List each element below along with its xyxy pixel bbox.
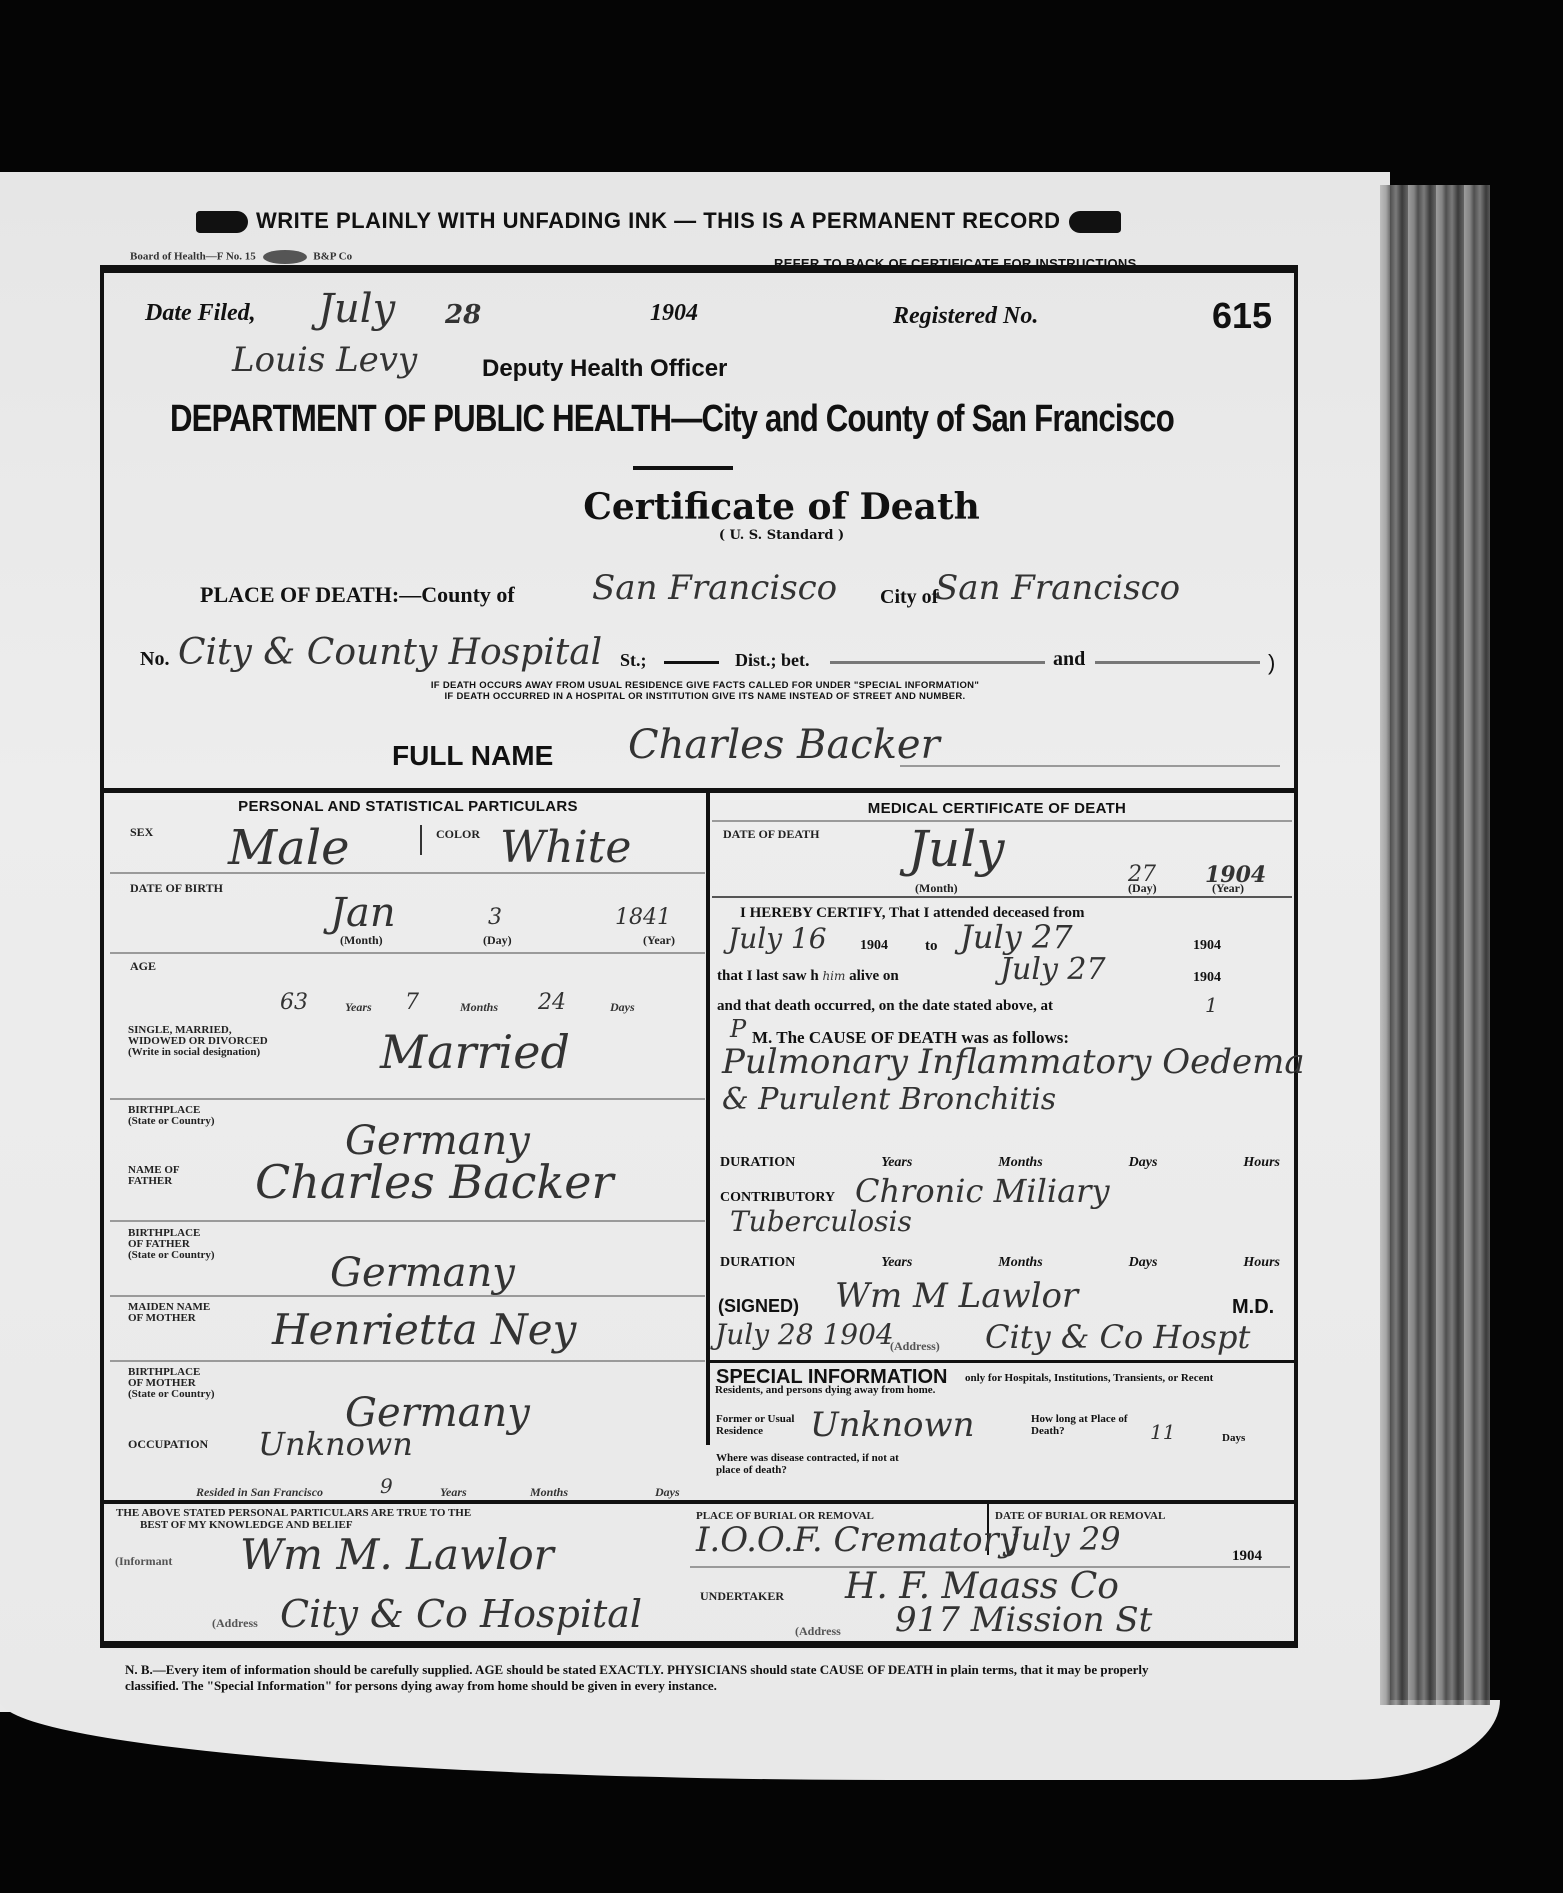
dob-day: 3 <box>488 905 502 930</box>
street-blank <box>664 661 719 664</box>
place-of-death-label: PLACE OF DEATH:—County of <box>200 582 515 608</box>
father-label: NAME OFFATHER <box>128 1165 180 1187</box>
paper-bottom-edge <box>0 1700 1500 1780</box>
age-days: 24 <box>538 990 566 1015</box>
years-caption: Years <box>345 1000 372 1015</box>
institution-value: City & County Hospital <box>178 632 602 673</box>
sex-value: Male <box>228 820 350 876</box>
marital-label: SINGLE, MARRIED,WIDOWED OR DIVORCED(Writ… <box>128 1025 268 1058</box>
date-filed-year: 1904 <box>650 300 698 327</box>
contributory-label: CONTRIBUTORY <box>720 1190 835 1206</box>
year-caption: (Year) <box>1212 882 1244 894</box>
undertaker-address: 917 Mission St <box>895 1600 1152 1640</box>
attestation-text: THE ABOVE STATED PERSONAL PARTICULARS AR… <box>116 1507 471 1531</box>
resided-years: 9 <box>380 1474 393 1498</box>
mother-label: MAIDEN NAMEOF MOTHER <box>128 1302 210 1324</box>
day-caption: (Day) <box>483 934 512 946</box>
sex-color-divider <box>420 825 422 855</box>
how-long-days-label: Days <box>1222 1432 1245 1444</box>
place-of-death-note: IF DEATH OCCURS AWAY FROM USUAL RESIDENC… <box>265 680 1145 702</box>
occupation-value: Unknown <box>258 1425 413 1463</box>
date-filed-label: Date Filed, <box>145 300 256 327</box>
cause-line-1: Pulmonary Inflammatory Oedema <box>722 1042 1305 1082</box>
attest-divider <box>100 1500 708 1504</box>
color-label: COLOR <box>436 828 480 840</box>
month-caption: (Month) <box>915 882 958 894</box>
meridian-value: P <box>730 1015 746 1043</box>
close-paren: ) <box>1268 650 1275 676</box>
last-saw-text: that I last saw h him alive on <box>717 968 899 985</box>
and-blank <box>1095 661 1260 664</box>
physician-signature: Wm M Lawlor <box>835 1276 1078 1316</box>
age-years: 63 <box>280 990 308 1015</box>
informant-address: City & Co Hospital <box>280 1592 642 1636</box>
row-rule <box>110 1360 705 1362</box>
attended-to-year: 1904 <box>1193 938 1221 954</box>
officer-signature: Louis Levy <box>232 340 417 380</box>
signed-date: July 28 1904 <box>715 1318 894 1351</box>
full-name-value: Charles Backer <box>628 722 940 768</box>
pointing-hand-icon <box>196 211 248 233</box>
resided-label: Resided in San Francisco <box>196 1485 323 1500</box>
month-caption: (Month) <box>340 934 383 946</box>
mother-value: Henrietta Ney <box>272 1305 576 1354</box>
former-residence-label: Former or Usual Residence <box>716 1413 806 1437</box>
medical-heading: MEDICAL CERTIFICATE OF DEATH <box>712 800 1282 817</box>
resided-years-caption: Years <box>440 1485 467 1500</box>
age-months: 7 <box>405 990 419 1015</box>
birthplace-label: BIRTHPLACE(State or Country) <box>128 1105 215 1127</box>
occupation-label: OCCUPATION <box>128 1438 208 1450</box>
undertaker-address-label: (Address <box>795 1625 841 1637</box>
attended-from-year: 1904 <box>860 938 888 954</box>
age-label: AGE <box>130 960 156 972</box>
form-code: Board of Health—F No. 15 B&P Co <box>130 250 352 264</box>
row-rule <box>110 1220 705 1222</box>
father-value: Charles Backer <box>255 1155 613 1209</box>
street-label: St.; <box>620 650 647 671</box>
undertaker-label: UNDERTAKER <box>700 1590 784 1602</box>
resided-days-caption: Days <box>655 1485 680 1500</box>
registered-number: 615 <box>1212 295 1272 337</box>
footnote: N. B.—Every item of information should b… <box>125 1662 1175 1694</box>
book-page-edges <box>1380 185 1490 1705</box>
row-rule <box>110 952 705 954</box>
printer-seal-icon <box>263 250 307 264</box>
father-birthplace-value: Germany <box>330 1250 515 1296</box>
full-name-blank <box>900 765 1280 767</box>
how-long-value: 11 <box>1150 1420 1175 1444</box>
burial-divider <box>690 1500 1298 1504</box>
dob-month: Jan <box>330 890 396 936</box>
registered-label: Registered No. <box>893 303 1038 330</box>
title-divider <box>633 466 733 470</box>
occurred-text: and that death occurred, on the date sta… <box>717 998 1053 1015</box>
burial-place-value: I.O.O.F. Crematory <box>696 1520 1018 1560</box>
district-label: Dist.; bet. <box>735 650 810 671</box>
days-caption: Days <box>610 1000 635 1015</box>
row-rule <box>110 872 705 874</box>
sex-label: SEX <box>130 826 153 838</box>
color-value: White <box>500 822 631 873</box>
certificate-title: Certificate of Death <box>0 486 1563 528</box>
and-label: and <box>1053 648 1085 671</box>
burial-year: 1904 <box>1232 1548 1262 1565</box>
district-blank <box>830 661 1045 664</box>
contributory-line-2: Tuberculosis <box>730 1205 912 1238</box>
county-value: San Francisco <box>592 568 837 608</box>
date-filed-day: 28 <box>445 300 481 330</box>
duration-row-1: DURATIONYearsMonthsDaysHours <box>720 1155 1280 1171</box>
cause-line-2: & Purulent Bronchitis <box>722 1082 1056 1117</box>
occurred-time: 1 <box>1205 993 1218 1017</box>
full-name-label: FULL NAME <box>392 740 553 772</box>
physician-address-label: (Address) <box>890 1340 940 1352</box>
us-standard-note: ( U. S. Standard ) <box>0 528 1563 543</box>
special-divider <box>708 1360 1298 1363</box>
informant-label: (Informant <box>115 1555 172 1567</box>
duration-row-2: DURATIONYearsMonthsDaysHours <box>720 1255 1280 1271</box>
special-subheading: only for Hospitals, Institutions, Transi… <box>715 1372 1245 1396</box>
burial-date-value: July 29 <box>1008 1520 1121 1558</box>
signed-label: (SIGNED) <box>718 1296 799 1317</box>
permanent-record-banner: WRITE PLAINLY WITH UNFADING INK — THIS I… <box>188 208 1129 234</box>
md-label: M.D. <box>1232 1296 1274 1319</box>
city-value: San Francisco <box>935 568 1180 608</box>
column-divider <box>706 790 710 1445</box>
day-caption: (Day) <box>1128 882 1157 894</box>
contracted-label: Where was disease contracted, if not at … <box>716 1452 906 1476</box>
last-saw-year: 1904 <box>1193 970 1221 986</box>
attended-to: July 27 <box>960 918 1073 956</box>
row-rule <box>712 896 1292 898</box>
year-caption: (Year) <box>643 934 675 946</box>
section-divider <box>100 788 1298 793</box>
how-long-label: How long at Place of Death? <box>1031 1413 1131 1437</box>
marital-value: Married <box>380 1025 570 1079</box>
dob-label: DATE OF BIRTH <box>130 882 223 894</box>
mother-birthplace-label: BIRTHPLACEOF MOTHER(State or Country) <box>128 1367 215 1400</box>
last-saw-date: July 27 <box>1000 952 1106 987</box>
dod-label: DATE OF DEATH <box>723 828 819 840</box>
physician-address: City & Co Hospt <box>985 1318 1250 1356</box>
row-rule <box>110 1295 705 1297</box>
former-residence-value: Unknown <box>810 1405 975 1445</box>
father-birthplace-label: BIRTHPLACEOF FATHER(State or Country) <box>128 1228 215 1261</box>
department-title: DEPARTMENT OF PUBLIC HEALTH—City and Cou… <box>170 398 1174 441</box>
informant-value: Wm M. Lawlor <box>240 1530 554 1579</box>
officer-title: Deputy Health Officer <box>482 355 727 383</box>
pointing-hand-icon <box>1069 211 1121 233</box>
street-number-label: No. <box>140 648 169 671</box>
row-rule <box>110 1098 705 1100</box>
date-filed-month: July <box>318 286 395 332</box>
informant-address-label: (Address <box>212 1617 258 1629</box>
city-label: City of <box>880 586 938 609</box>
dob-year: 1841 <box>615 905 671 930</box>
months-caption: Months <box>460 1000 498 1015</box>
to-label: to <box>925 938 938 955</box>
dod-month: July <box>908 820 1004 878</box>
resided-months-caption: Months <box>530 1485 568 1500</box>
attended-from: July 16 <box>728 922 827 955</box>
personal-heading: PERSONAL AND STATISTICAL PARTICULARS <box>110 798 706 815</box>
